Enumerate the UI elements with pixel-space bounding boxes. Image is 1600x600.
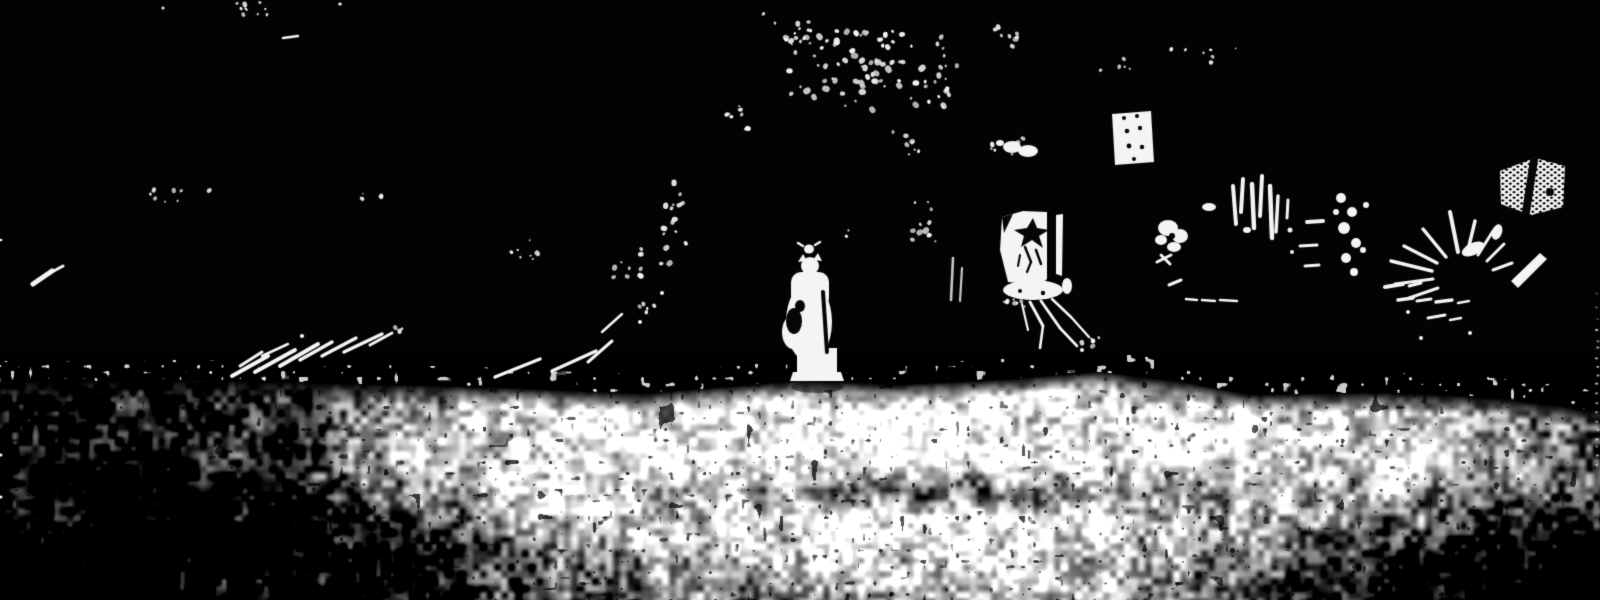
- yard-photo-canvas: [0, 0, 1600, 600]
- halftone-yard-photograph: [0, 0, 1600, 600]
